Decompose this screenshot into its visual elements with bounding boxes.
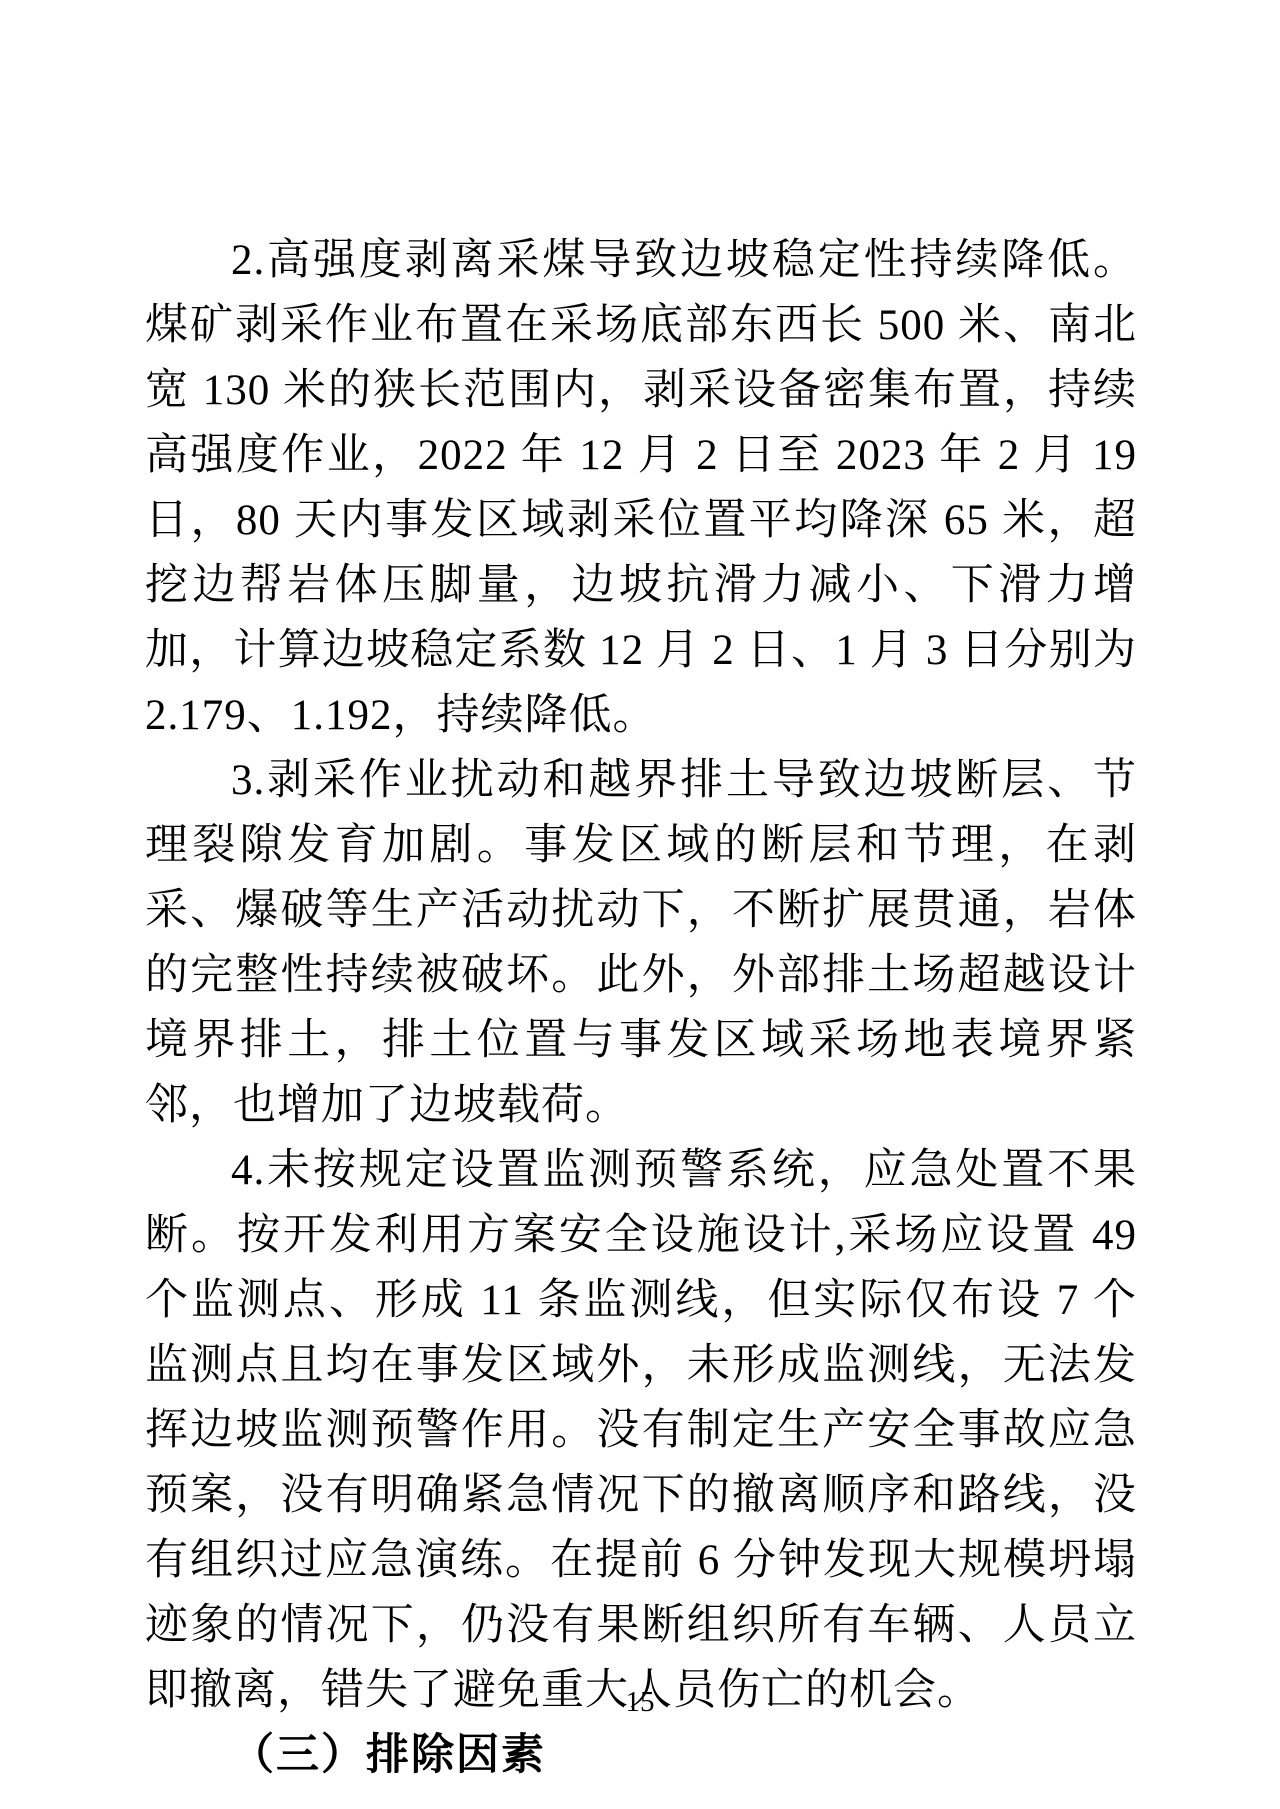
paragraph-cause-2: 2.高强度剥离采煤导致边坡稳定性持续降低。煤矿剥采作业布置在采场底部东西长 50… — [145, 228, 1137, 748]
paragraph-cause-4: 4.未按规定设置监测预警系统，应急处置不果断。按开发利用方案安全设施设计,采场应… — [145, 1138, 1137, 1723]
paragraph-cause-3: 3.剥采作业扰动和越界排土导致边坡断层、节理裂隙发育加剧。事发区域的断层和节理，… — [145, 748, 1137, 1138]
page-number: 15 — [0, 1682, 1280, 1722]
section-heading: （三）排除因素 — [145, 1723, 1137, 1788]
document-body: 2.高强度剥离采煤导致边坡稳定性持续降低。煤矿剥采作业布置在采场底部东西长 50… — [145, 228, 1137, 1788]
document-page: 2.高强度剥离采煤导致边坡稳定性持续降低。煤矿剥采作业布置在采场底部东西长 50… — [0, 0, 1280, 1809]
